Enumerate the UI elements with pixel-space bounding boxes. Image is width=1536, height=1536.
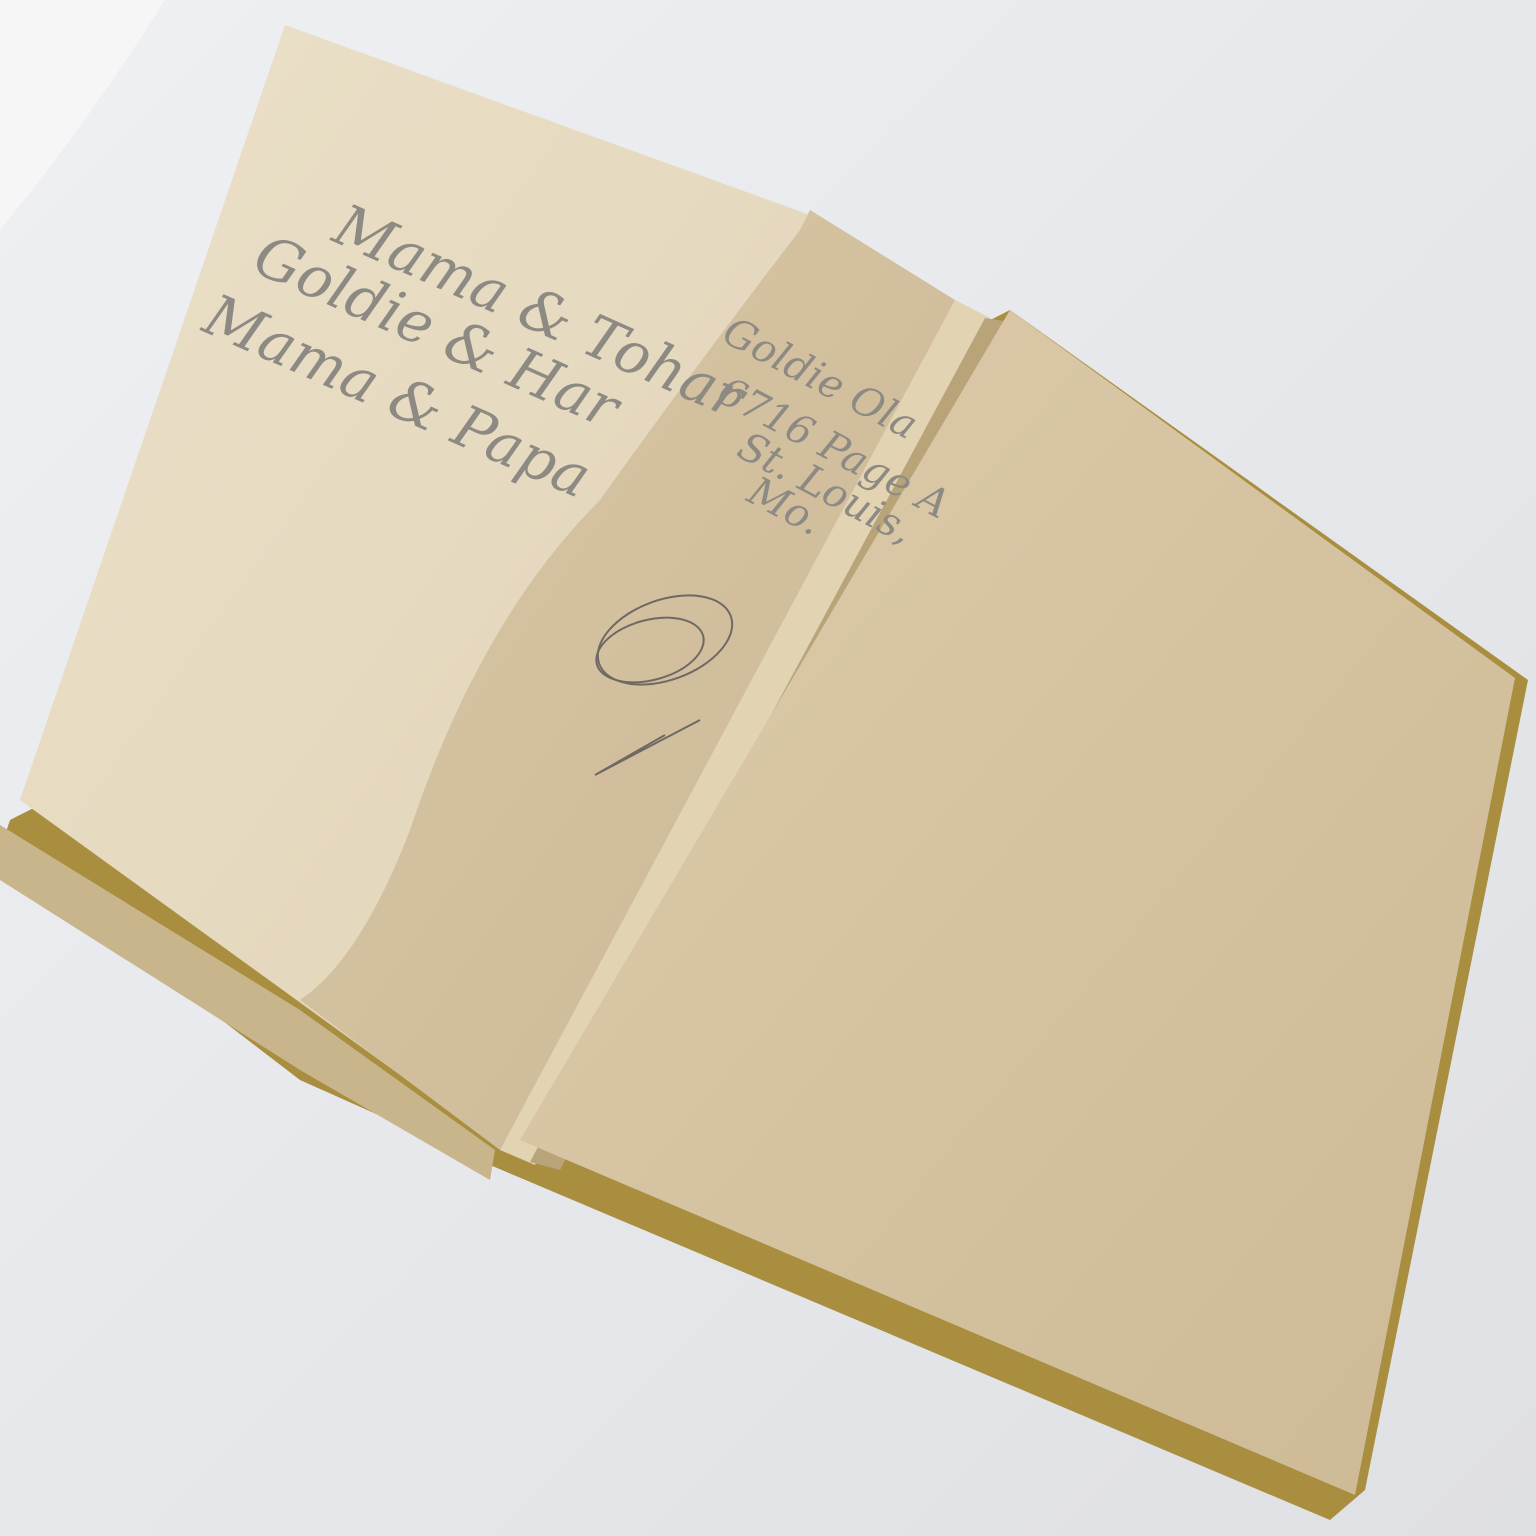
photo-scene: Mama & Tohar Goldie & Har Mama & Papa Go… xyxy=(0,0,1536,1536)
book-photo: Mama & Tohar Goldie & Har Mama & Papa Go… xyxy=(0,0,1536,1536)
